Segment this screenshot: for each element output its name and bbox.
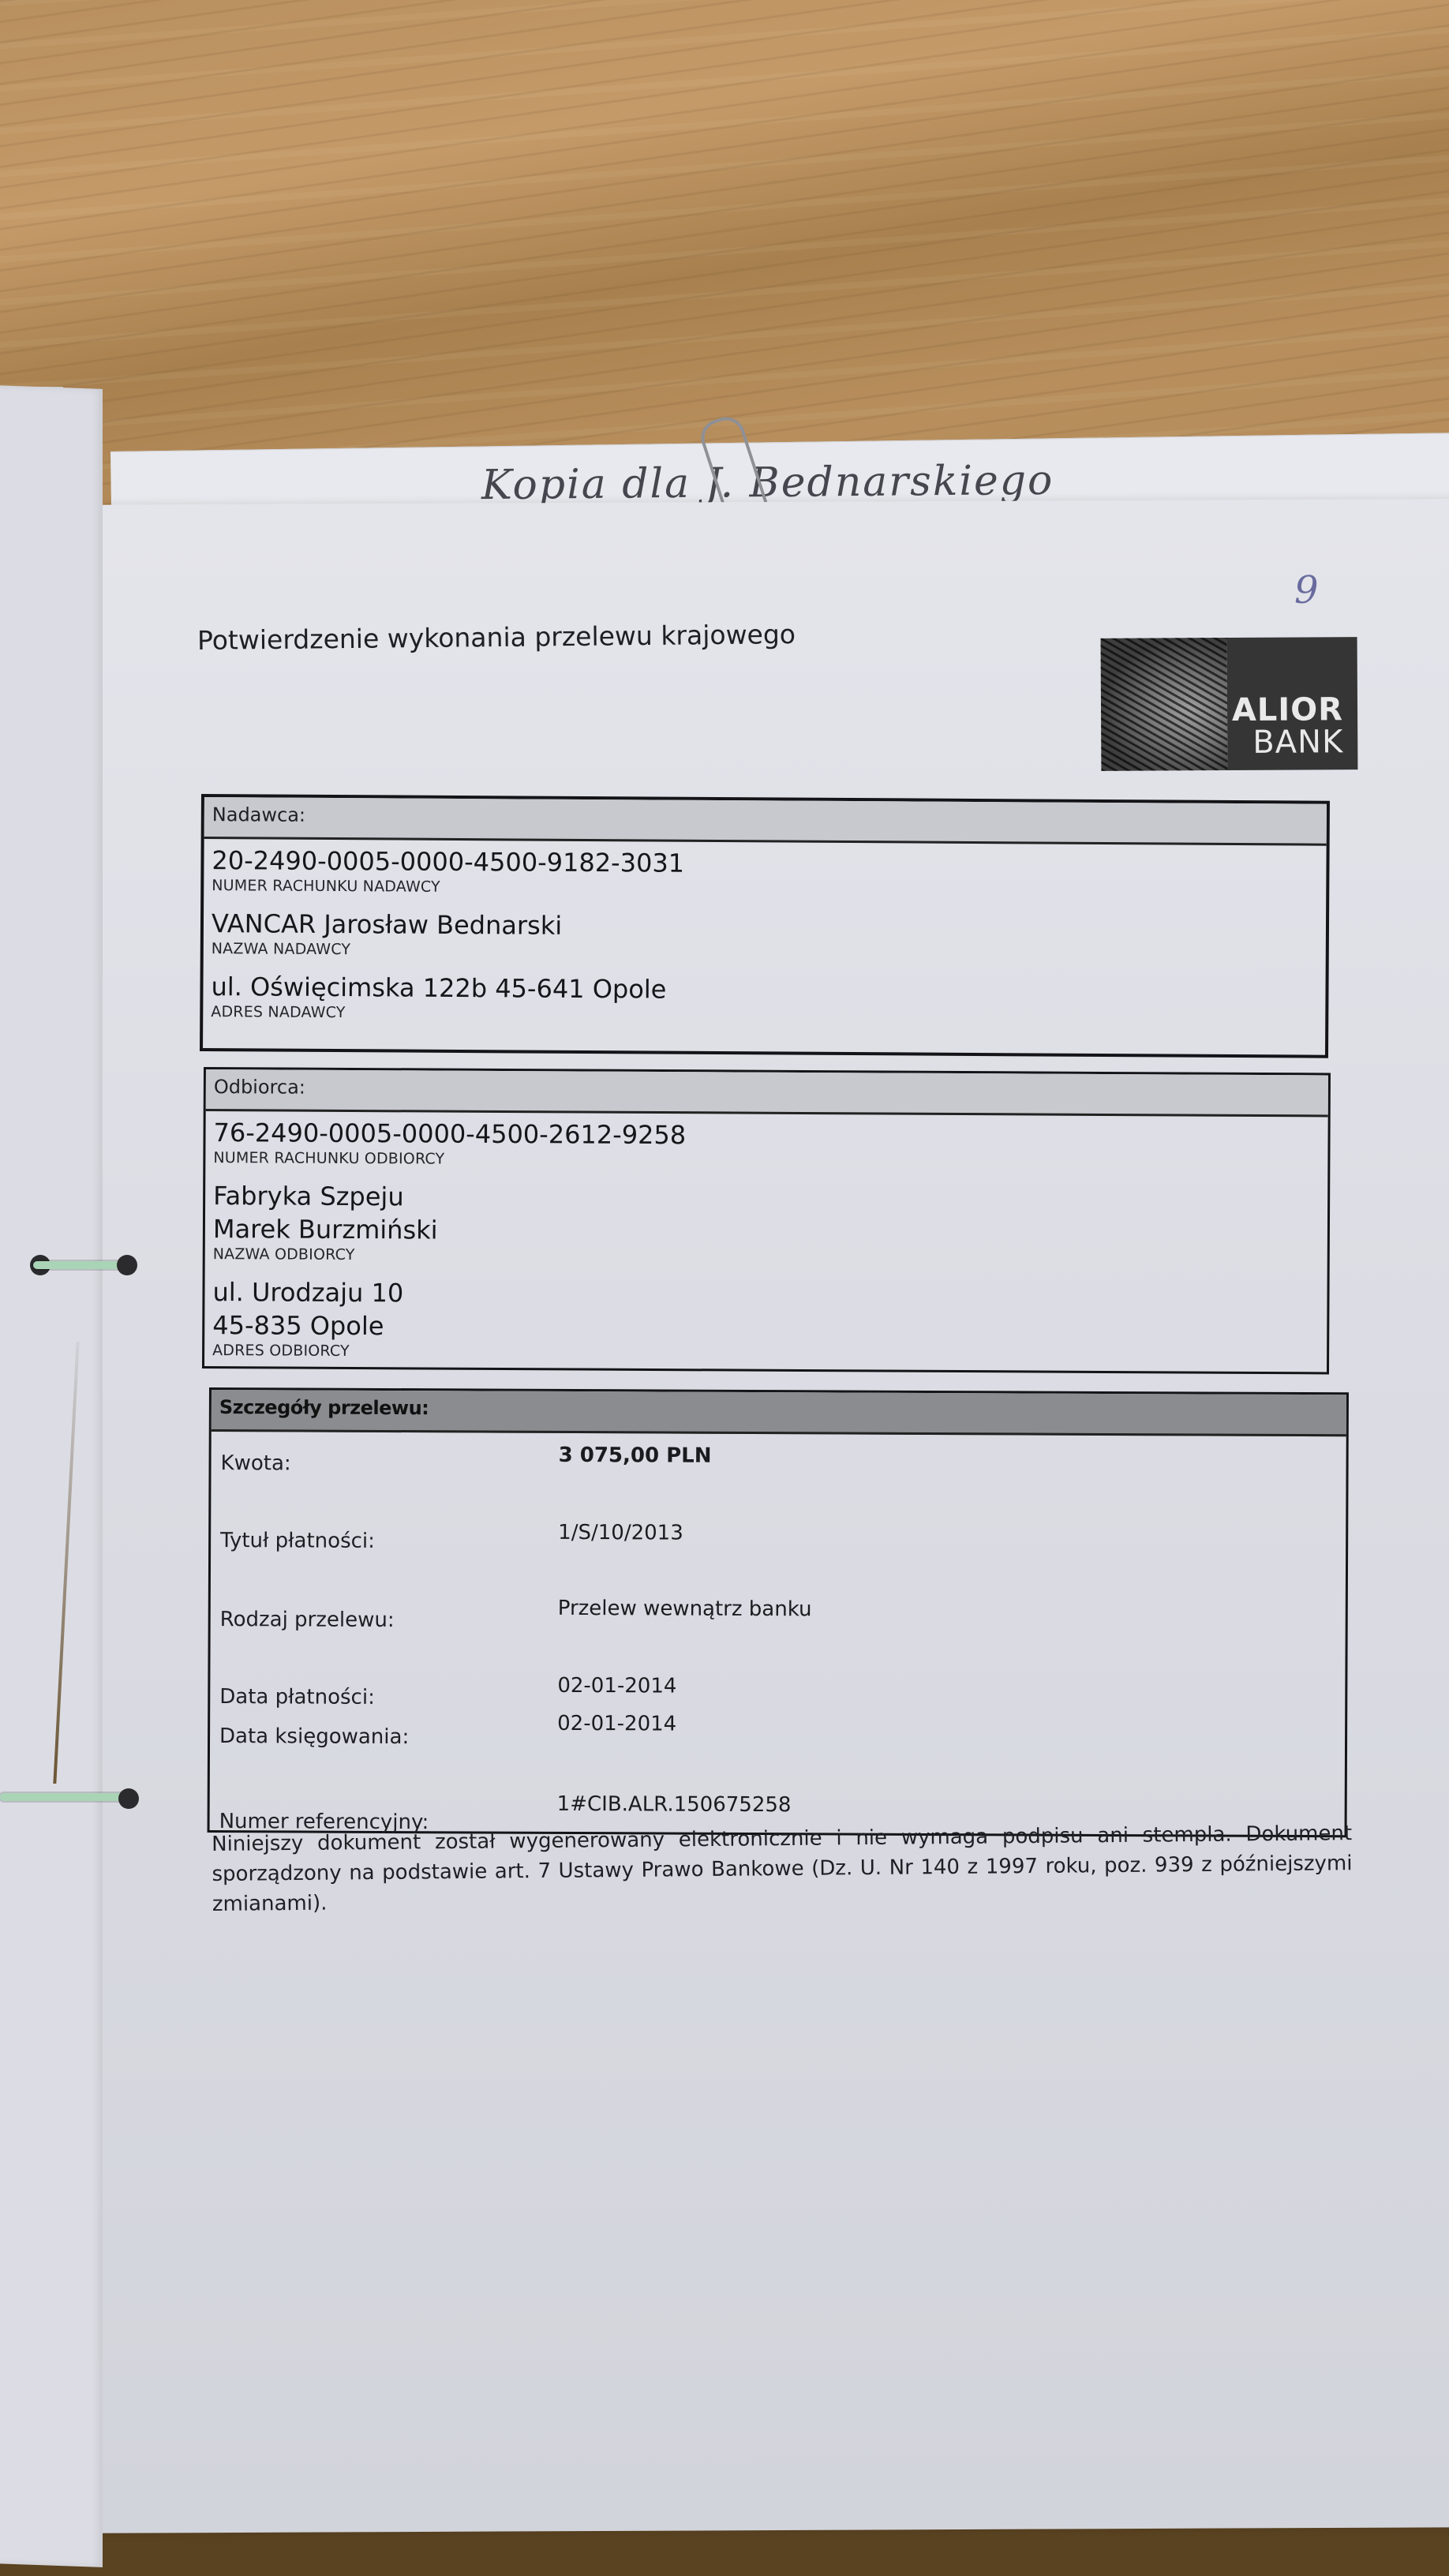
- receiver-header: Odbiorca:: [206, 1069, 1328, 1117]
- detail-label-title: Tytuł płatności:: [220, 1529, 375, 1553]
- detail-value-type: Przelew wewnątrz banku: [558, 1597, 812, 1621]
- detail-value-booking-date: 02-01-2014: [557, 1712, 676, 1736]
- document-title: Potwierdzenie wykonania przelewu krajowe…: [197, 619, 796, 656]
- details-header: Szczegóły przelewu:: [212, 1390, 1346, 1436]
- binder-hole-icon: [118, 1788, 139, 1809]
- binder-hole-icon: [117, 1255, 137, 1275]
- page-number-mark: 9: [1294, 568, 1319, 612]
- detail-value-title: 1/S/10/2013: [558, 1521, 683, 1545]
- receiver-account-number: 76-2490-0005-0000-4500-2612-9258: [213, 1118, 1320, 1153]
- binder-ring-icon: [0, 1793, 128, 1801]
- receiver-name-line-2: Marek Burzmiński: [213, 1214, 1320, 1249]
- receiver-name-line-1: Fabryka Szpeju: [213, 1181, 1320, 1216]
- receiver-address-line-2: 45-835 Opole: [212, 1310, 1319, 1346]
- bank-logo-face-icon: [1101, 638, 1228, 771]
- receiver-address-line-1: ul. Urodzaju 10: [212, 1277, 1319, 1312]
- detail-label-booking-date: Data księgowania:: [219, 1724, 409, 1749]
- sender-section: Nadawca: 20-2490-0005-0000-4500-9182-303…: [200, 794, 1330, 1058]
- bank-logo: ALIOR BANK: [1101, 637, 1358, 771]
- detail-label-payment-date: Data płatności:: [219, 1685, 375, 1709]
- detail-value-payment-date: 02-01-2014: [557, 1674, 676, 1698]
- binder-ring-icon: [33, 1261, 126, 1269]
- sender-header: Nadawca:: [204, 797, 1327, 846]
- transfer-details-section: Szczegóły przelewu: Kwota: 3 075,00 PLN …: [208, 1387, 1349, 1837]
- sender-name: VANCAR Jarosław Bednarski: [212, 908, 1318, 945]
- legal-footer: Niniejszy dokument został wygenerowany e…: [212, 1818, 1353, 1919]
- receiver-address-label: ADRES ODBIORCY: [212, 1342, 1319, 1365]
- receiver-name-label: NAZWA ODBIORCY: [213, 1245, 1320, 1268]
- detail-label-amount: Kwota:: [221, 1451, 291, 1475]
- left-page: [0, 384, 103, 2567]
- detail-value-reference: 1#CIB.ALR.150675258: [557, 1792, 792, 1817]
- detail-label-type: Rodzaj przelewu:: [220, 1608, 395, 1632]
- receiver-section: Odbiorca: 76-2490-0005-0000-4500-2612-92…: [202, 1067, 1331, 1374]
- sender-account-number: 20-2490-0005-0000-4500-9182-3031: [212, 845, 1318, 882]
- detail-value-amount: 3 075,00 PLN: [559, 1443, 712, 1468]
- logo-line-2: BANK: [1252, 726, 1343, 758]
- bank-logo-text: ALIOR BANK: [1227, 637, 1358, 770]
- receiver-account-label: NUMER RACHUNKU ODBIORCY: [213, 1149, 1320, 1172]
- sender-address: ul. Oświęcimska 122b 45-641 Opole: [211, 972, 1317, 1009]
- logo-line-1: ALIOR: [1232, 695, 1343, 728]
